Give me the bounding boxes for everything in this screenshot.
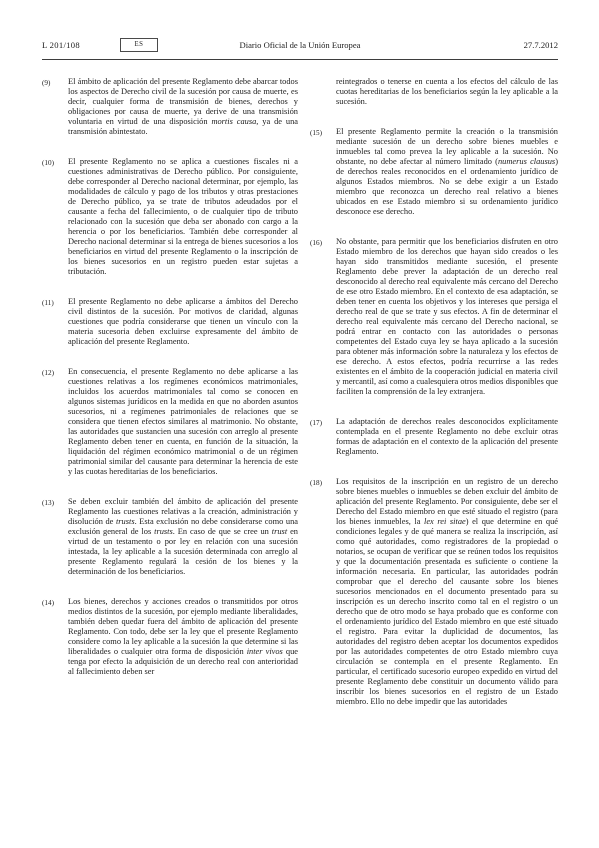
recital-text: Los bienes, derechos y acciones creados …	[68, 597, 298, 677]
recital-number: (18)	[310, 477, 336, 707]
page-header: L 201/108 ES Diario Oficial de la Unión …	[42, 38, 558, 56]
recital: (12)En consecuencia, el presente Reglame…	[42, 367, 298, 477]
recital-number: (17)	[310, 417, 336, 457]
document-body: (9)El ámbito de aplicación del presente …	[42, 77, 558, 727]
publication-date: 27.7.2012	[524, 40, 558, 50]
recital-number	[310, 77, 336, 107]
recital-text: El presente Reglamento no se aplica a cu…	[68, 157, 298, 277]
left-column: (9)El ámbito de aplicación del presente …	[42, 77, 298, 727]
recital-text: Se deben excluir también del ámbito de a…	[68, 497, 298, 577]
recital: (10)El presente Reglamento no se aplica …	[42, 157, 298, 277]
recital: (18)Los requisitos de la inscripción en …	[310, 477, 558, 707]
recital: reintegrados o tenerse en cuenta a los e…	[310, 77, 558, 107]
recital-text: El ámbito de aplicación del presente Reg…	[68, 77, 298, 137]
header-divider	[42, 59, 558, 60]
recital-number: (14)	[42, 597, 68, 677]
recital: (16)No obstante, para permitir que los b…	[310, 237, 558, 397]
recital: (14)Los bienes, derechos y acciones crea…	[42, 597, 298, 677]
recital-text: Los requisitos de la inscripción en un r…	[336, 477, 558, 707]
recital-number: (10)	[42, 157, 68, 277]
recital-text: El presente Reglamento permite la creaci…	[336, 127, 558, 217]
recital: (15)El presente Reglamento permite la cr…	[310, 127, 558, 217]
official-journal-page: { "header": { "page_ref": "L 201/108", "…	[0, 0, 599, 848]
recital-number: (16)	[310, 237, 336, 397]
recital: (17)La adaptación de derechos reales des…	[310, 417, 558, 457]
journal-title: Diario Oficial de la Unión Europea	[42, 40, 558, 50]
recital-number: (15)	[310, 127, 336, 217]
right-column: reintegrados o tenerse en cuenta a los e…	[310, 77, 558, 727]
recital-text: En consecuencia, el presente Reglamento …	[68, 367, 298, 477]
recital-text: reintegrados o tenerse en cuenta a los e…	[336, 77, 558, 107]
recital: (13)Se deben excluir también del ámbito …	[42, 497, 298, 577]
recital-text: La adaptación de derechos reales descono…	[336, 417, 558, 457]
recital-number: (13)	[42, 497, 68, 577]
recital-number: (11)	[42, 297, 68, 347]
recital-text: No obstante, para permitir que los benef…	[336, 237, 558, 397]
recital-number: (9)	[42, 77, 68, 137]
recital: (11)El presente Reglamento no debe aplic…	[42, 297, 298, 347]
recital-text: El presente Reglamento no debe aplicarse…	[68, 297, 298, 347]
recital-number: (12)	[42, 367, 68, 477]
recital: (9)El ámbito de aplicación del presente …	[42, 77, 298, 137]
